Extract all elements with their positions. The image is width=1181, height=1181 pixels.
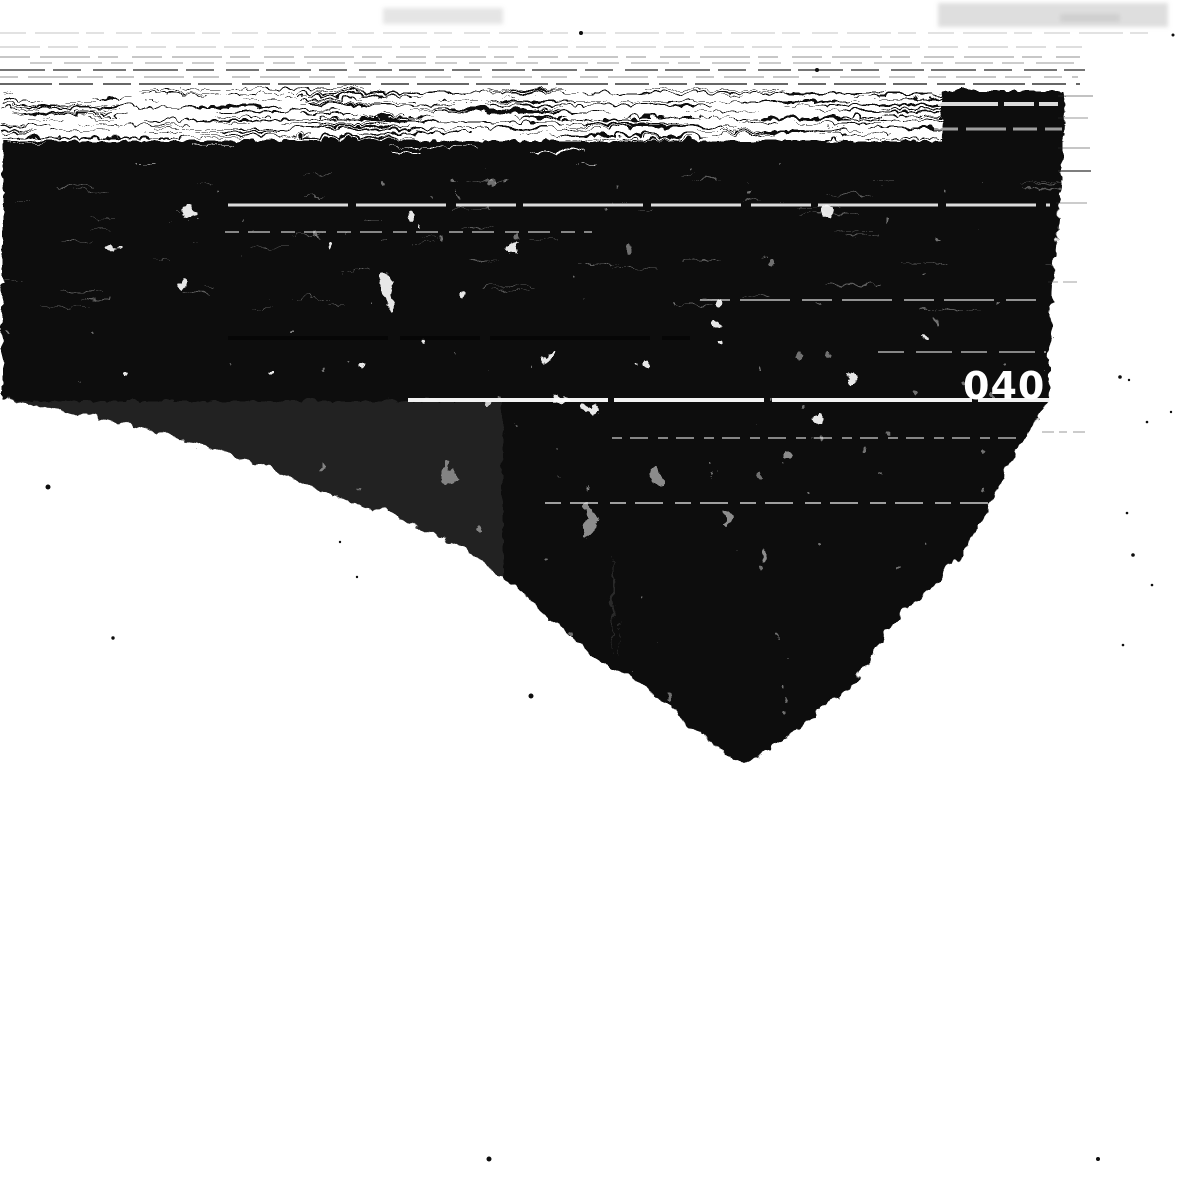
scanline-band-medium xyxy=(0,86,1062,142)
dust-speck xyxy=(1126,512,1129,515)
dust-speck xyxy=(1151,584,1154,587)
dust-speck xyxy=(356,576,358,578)
dust-speck xyxy=(1122,644,1125,647)
dust-speck xyxy=(1131,553,1135,557)
dust-speck xyxy=(1146,421,1149,424)
toner-smudge xyxy=(938,3,1168,27)
dust-speck xyxy=(1118,375,1122,379)
dust-speck xyxy=(1170,411,1172,413)
dust-speck xyxy=(1096,1157,1100,1161)
scanned-photo-canvas: 040 xyxy=(0,0,1181,1181)
photo-label: 040 xyxy=(963,364,1045,408)
dust-speck xyxy=(1172,34,1175,37)
dust-speck xyxy=(487,1157,492,1162)
dust-speck xyxy=(529,694,534,699)
dust-speck xyxy=(111,636,114,639)
dust-speck xyxy=(579,31,583,35)
scanned-photo: 040 xyxy=(0,0,1181,1181)
dust-speck xyxy=(815,68,819,72)
dust-speck xyxy=(339,541,341,543)
dust-speck xyxy=(46,485,51,490)
toner-smudge xyxy=(383,8,503,24)
dust-speck xyxy=(1128,379,1130,381)
toner-smudge xyxy=(1060,14,1120,22)
